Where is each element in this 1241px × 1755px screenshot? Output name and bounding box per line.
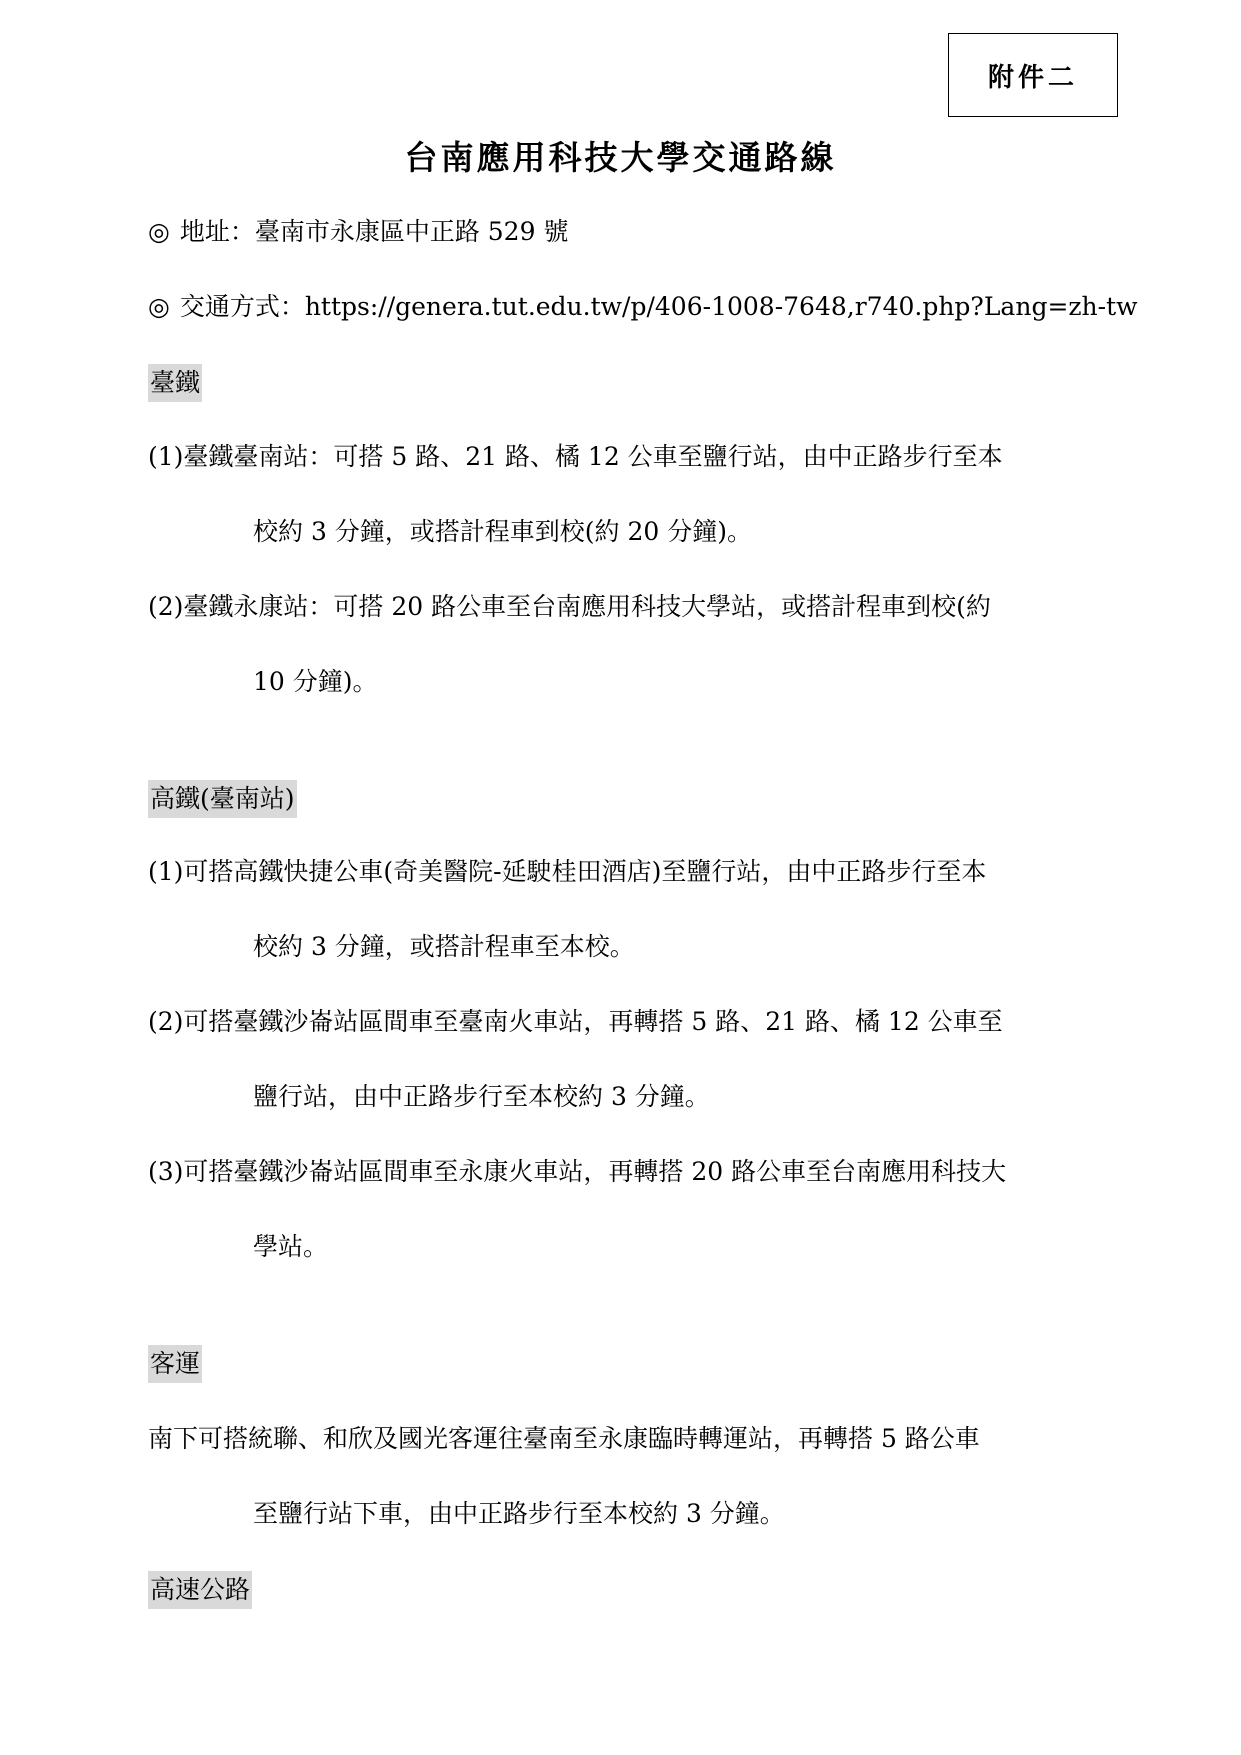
hsr-item-3-line1: (3)可搭臺鐵沙崙站區間車至永康火車站，再轉搭 20 路公車至台南應用科技大 — [148, 1155, 1006, 1189]
transport-text[interactable]: 交通方式：https://genera.tut.edu.tw/p/406-100… — [180, 292, 1138, 321]
hsr-item-2-line1: (2)可搭臺鐵沙崙站區間車至臺南火車站，再轉搭 5 路、21 路、橘 12 公車… — [148, 1005, 1003, 1039]
double-circle-bullet-icon: ◎ — [148, 215, 170, 249]
section-heading-highway: 高速公路 — [148, 1571, 252, 1609]
hsr-item-1-line1: (1)可搭高鐵快捷公車(奇美醫院-延駛桂田酒店)至鹽行站，由中正路步行至本 — [148, 855, 986, 889]
transport-line: ◎交通方式：https://genera.tut.edu.tw/p/406-10… — [148, 290, 1138, 324]
hsr-item-3-line2: 學站。 — [253, 1230, 328, 1264]
rail-item-1-line1: (1)臺鐵臺南站：可搭 5 路、21 路、橘 12 公車至鹽行站，由中正路步行至… — [148, 440, 1003, 474]
rail-item-2-line1: (2)臺鐵永康站：可搭 20 路公車至台南應用科技大學站，或搭計程車到校(約 — [148, 590, 991, 624]
section-heading-rail: 臺鐵 — [148, 364, 202, 402]
rail-item-2-line2: 10 分鐘)。 — [253, 665, 378, 699]
rail-item-1-line2: 校約 3 分鐘，或搭計程車到校(約 20 分鐘)。 — [253, 515, 752, 549]
hsr-item-1-line2: 校約 3 分鐘，或搭計程車至本校。 — [253, 930, 635, 964]
address-text: 地址：臺南市永康區中正路 529 號 — [180, 217, 569, 246]
hsr-item-2-line2: 鹽行站，由中正路步行至本校約 3 分鐘。 — [253, 1080, 710, 1114]
double-circle-bullet-icon: ◎ — [148, 290, 170, 324]
page-title: 台南應用科技大學交通路線 — [0, 132, 1241, 179]
annex-label: 附件二 — [988, 57, 1078, 94]
section-heading-hsr: 高鐵(臺南站) — [148, 780, 297, 818]
address-line: ◎地址：臺南市永康區中正路 529 號 — [148, 215, 568, 249]
section-heading-coach: 客運 — [148, 1345, 202, 1383]
coach-item-1-line1: 南下可搭統聯、和欣及國光客運往臺南至永康臨時轉運站，再轉搭 5 路公車 — [148, 1422, 980, 1456]
coach-item-1-line2: 至鹽行站下車，由中正路步行至本校約 3 分鐘。 — [253, 1497, 785, 1531]
annex-label-box: 附件二 — [948, 33, 1118, 117]
